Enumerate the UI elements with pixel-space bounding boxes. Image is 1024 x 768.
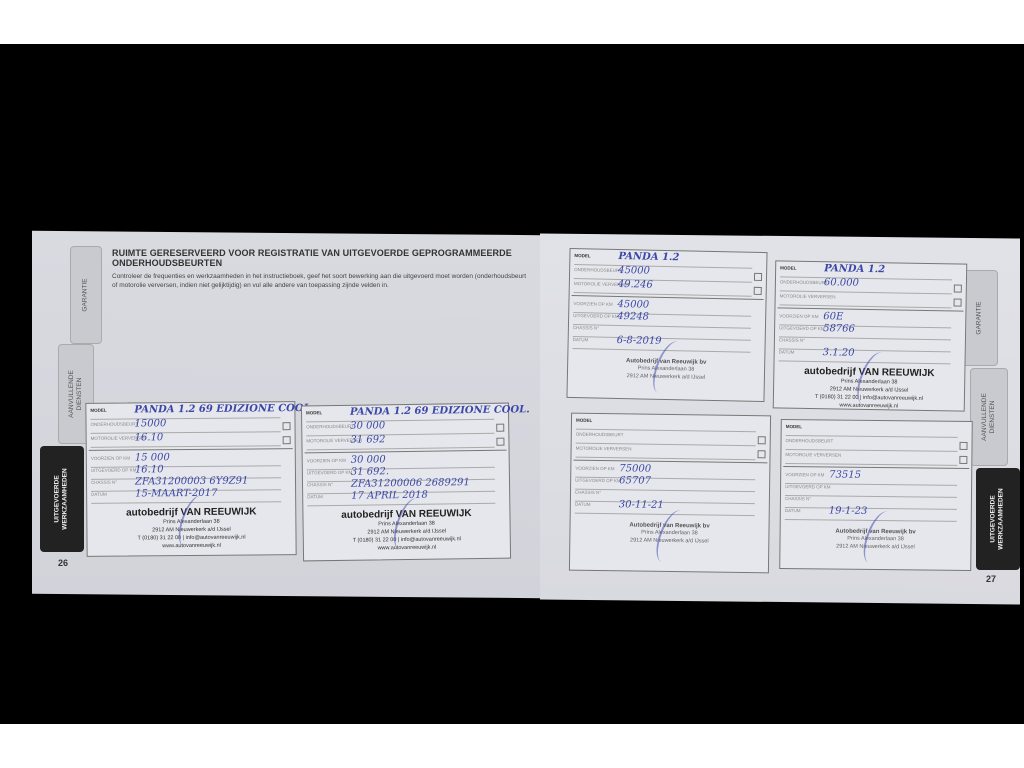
handwritten-value: 65707 [619,475,651,486]
service-record-box: MODELONDERHOUDSBEURTMOTOROLIE VERVERSENV… [779,419,973,571]
field-service: ONDERHOUDSBEURT45000 [574,267,752,283]
page-header: RUIMTE GERESERVEERD VOOR REGISTRATIE VAN… [112,248,532,290]
checkbox-icon [758,436,766,444]
handwritten-value: ZFA31200003 6y9z91 [135,475,248,487]
service-record-box: MODELPanda 1.2 69 Edizione Cool.ONDERHOU… [85,401,296,557]
handwritten-value: 73515 [829,470,861,481]
handwritten-value: 31 692 [350,434,385,445]
handwritten-value: 30-11-21 [619,499,664,511]
field-service: ONDERHOUDSBEURT [785,438,957,452]
handwritten-value: Panda 1.2 69 Edizione Cool. [134,403,314,416]
field-label: UITGEVOERD OP km [785,484,830,489]
tab-garantie-right: GARANTIE [962,270,998,366]
page-title-line-1: RUIMTE GERESERVEERD VOOR REGISTRATIE VAN… [112,248,532,258]
field-oil: MOTOROLIE VERVERSEN [785,452,957,466]
checkbox-icon [754,287,762,295]
field-date: DATUM6-8-2019 [572,337,750,353]
checkbox-icon [496,438,504,446]
field-oil: MOTOROLIE VERVERSEN [575,446,755,461]
field-date: DATUM17 April 2018 [307,492,495,507]
field-service: ONDERHOUDSBEURT [576,432,756,447]
field-label: DATUM [573,337,589,342]
field-label: UITGEVOERD OP km [779,325,825,331]
field-model: MODELPanda 1.2 [574,253,752,269]
field-label: MOTOROLIE VERVERSEN [785,452,841,458]
divider [305,450,507,454]
handwritten-value: 16.10 [135,464,164,475]
field-service: ONDERHOUDSBEURT30 000 [306,422,494,437]
handwritten-value: 6-8-2019 [617,335,662,347]
field-label: MODEL [574,253,590,258]
field-model: MODELPanda 1.2 69 Edizione Cool. [306,408,494,423]
handwritten-value: 31 692. [351,466,389,478]
field-label: VOORZIEN OP km [91,456,130,461]
handwritten-value: 49.246 [618,279,653,291]
field-label: DATUM [307,494,323,499]
checkbox-icon [954,284,962,292]
checkbox-icon [283,422,291,430]
checkbox-icon [959,442,967,450]
field-label: CHASSIS N° [307,482,333,487]
handwritten-value: Panda 1.2 [824,263,885,275]
handwritten-value: Panda 1.2 69 Edizione Cool. [350,404,530,418]
field-label: ONDERHOUDSBEURT [786,438,834,443]
field-model: MODEL [786,424,958,438]
field-date: DATUM30-11-21 [575,502,755,517]
handwritten-value: 15 000 [135,452,170,463]
field-label: DATUM [779,349,795,354]
divider [783,466,969,469]
checkbox-icon [283,436,291,444]
handwritten-value: 60e [823,311,843,322]
field-service: ONDERHOUDSBEURT60.000 [780,279,952,294]
page-number-right: 27 [986,574,996,584]
handwritten-value: 30 000 [351,454,386,465]
field-label: MODEL [306,410,322,415]
field-label: MOTOROLIE VERVERSEN [576,446,632,452]
handwritten-value: Panda 1.2 [618,251,679,263]
field-oil: MOTOROLIE VERVERSEN [780,293,952,308]
checkbox-icon [954,298,962,306]
field-label: MODEL [780,265,796,270]
tab-aanvullende-diensten-right: AANVULLENDE DIENSTEN [970,368,1008,466]
field-label: MOTOROLIE VERVERSEN [780,293,836,299]
tab-uitgevoerde-werkzaamheden-right: UITGEVOERDE WERKZAAMHEDEN [976,468,1020,570]
handwritten-value: 16.10 [135,432,164,443]
field-model: MODELPanda 1.2 [780,265,952,280]
field-label: CHASSIS N° [785,496,811,501]
checkbox-icon [496,424,504,432]
field-label: VOORZIEN OP km [779,313,818,319]
service-record-box: MODELONDERHOUDSBEURTMOTOROLIE VERVERSENV… [569,413,771,574]
field-oil: MOTOROLIE VERVERSEN31 692 [306,436,494,451]
field-label: ONDERHOUDSBEURT [90,421,138,426]
field-label: DATUM [785,508,801,513]
checkbox-icon [754,273,762,281]
handwritten-value: ZFA31200006 2689291 [351,477,470,490]
field-service: ONDERHOUDSBEURT15000 [90,420,280,434]
field-label: VOORZIEN OP km [575,466,614,472]
handwritten-value: 60.000 [824,277,859,289]
field-label: CHASSIS N° [91,480,117,485]
field-date: DATUM19-1-23 [785,508,957,522]
handwritten-value: 58766 [823,323,855,335]
handwritten-value: 19-1-23 [829,506,868,517]
field-label: UITGEVOERD OP km [91,467,136,472]
field-label: DATUM [575,502,591,507]
field-model: MODEL [576,418,756,433]
field-label: UITGEVOERD OP km [575,478,621,484]
field-label: CHASSIS N° [779,337,805,342]
field-label: CHASSIS N° [575,490,601,495]
field-label: MODEL [576,418,592,423]
field-label: VOORZIEN OP km [573,301,612,307]
handwritten-value: 75000 [619,463,651,474]
field-label: MODEL [90,408,106,413]
checkbox-icon [757,450,765,458]
field-date: DATUM15-MAART-2017 [91,490,281,504]
service-record-box: MODELPanda 1.2 69 Edizione Cool.ONDERHOU… [301,403,511,562]
field-label: CHASSIS N° [573,325,599,331]
divider [89,448,293,451]
field-model: MODELPanda 1.2 69 Edizione Cool. [90,406,280,420]
handwritten-value: 45000 [618,265,650,277]
field-label: ONDERHOUDSBEURT [306,424,354,430]
field-label: ONDERHOUDSBEURT [780,279,828,285]
field-label: VOORZIEN OP km [785,472,824,477]
handwritten-value: 30 000 [350,420,385,431]
service-record-box: MODELPanda 1.2ONDERHOUDSBEURT60.000MOTOR… [773,260,968,411]
handwritten-value: 15000 [134,418,166,429]
handwritten-value: 3.1.20 [823,347,855,359]
field-label: VOORZIEN OP km [307,458,346,464]
handwritten-value: 45000 [617,299,649,311]
field-label: ONDERHOUDSBEURT [576,432,624,438]
tab-garantie-left: GARANTIE [70,246,102,344]
service-record-box: MODELPanda 1.2ONDERHOUDSBEURT45000MOTORO… [566,248,767,402]
divider [573,460,767,464]
field-label: UITGEVOERD OP km [307,470,353,476]
checkbox-icon [959,456,967,464]
field-label: MODEL [786,424,802,429]
page-title-line-2: ONDERHOUDSBEURTEN [112,258,532,268]
tab-uitgevoerde-werkzaamheden-left: UITGEVOERDE WERKZAAMHEDEN [40,446,84,552]
field-label: ONDERHOUDSBEURT [574,267,622,273]
page-description: Controleer de frequenties en werkzaamhed… [112,272,532,290]
field-oil: MOTOROLIE VERVERSEN16.10 [91,434,281,448]
field-date: DATUM3.1.20 [779,349,951,364]
page-number-left: 26 [58,558,68,568]
field-label: DATUM [91,492,107,497]
field-label: UITGEVOERD OP km [573,313,619,319]
field-oil: MOTOROLIE VERVERSEN49.246 [574,281,752,297]
handwritten-value: 49248 [617,311,649,323]
